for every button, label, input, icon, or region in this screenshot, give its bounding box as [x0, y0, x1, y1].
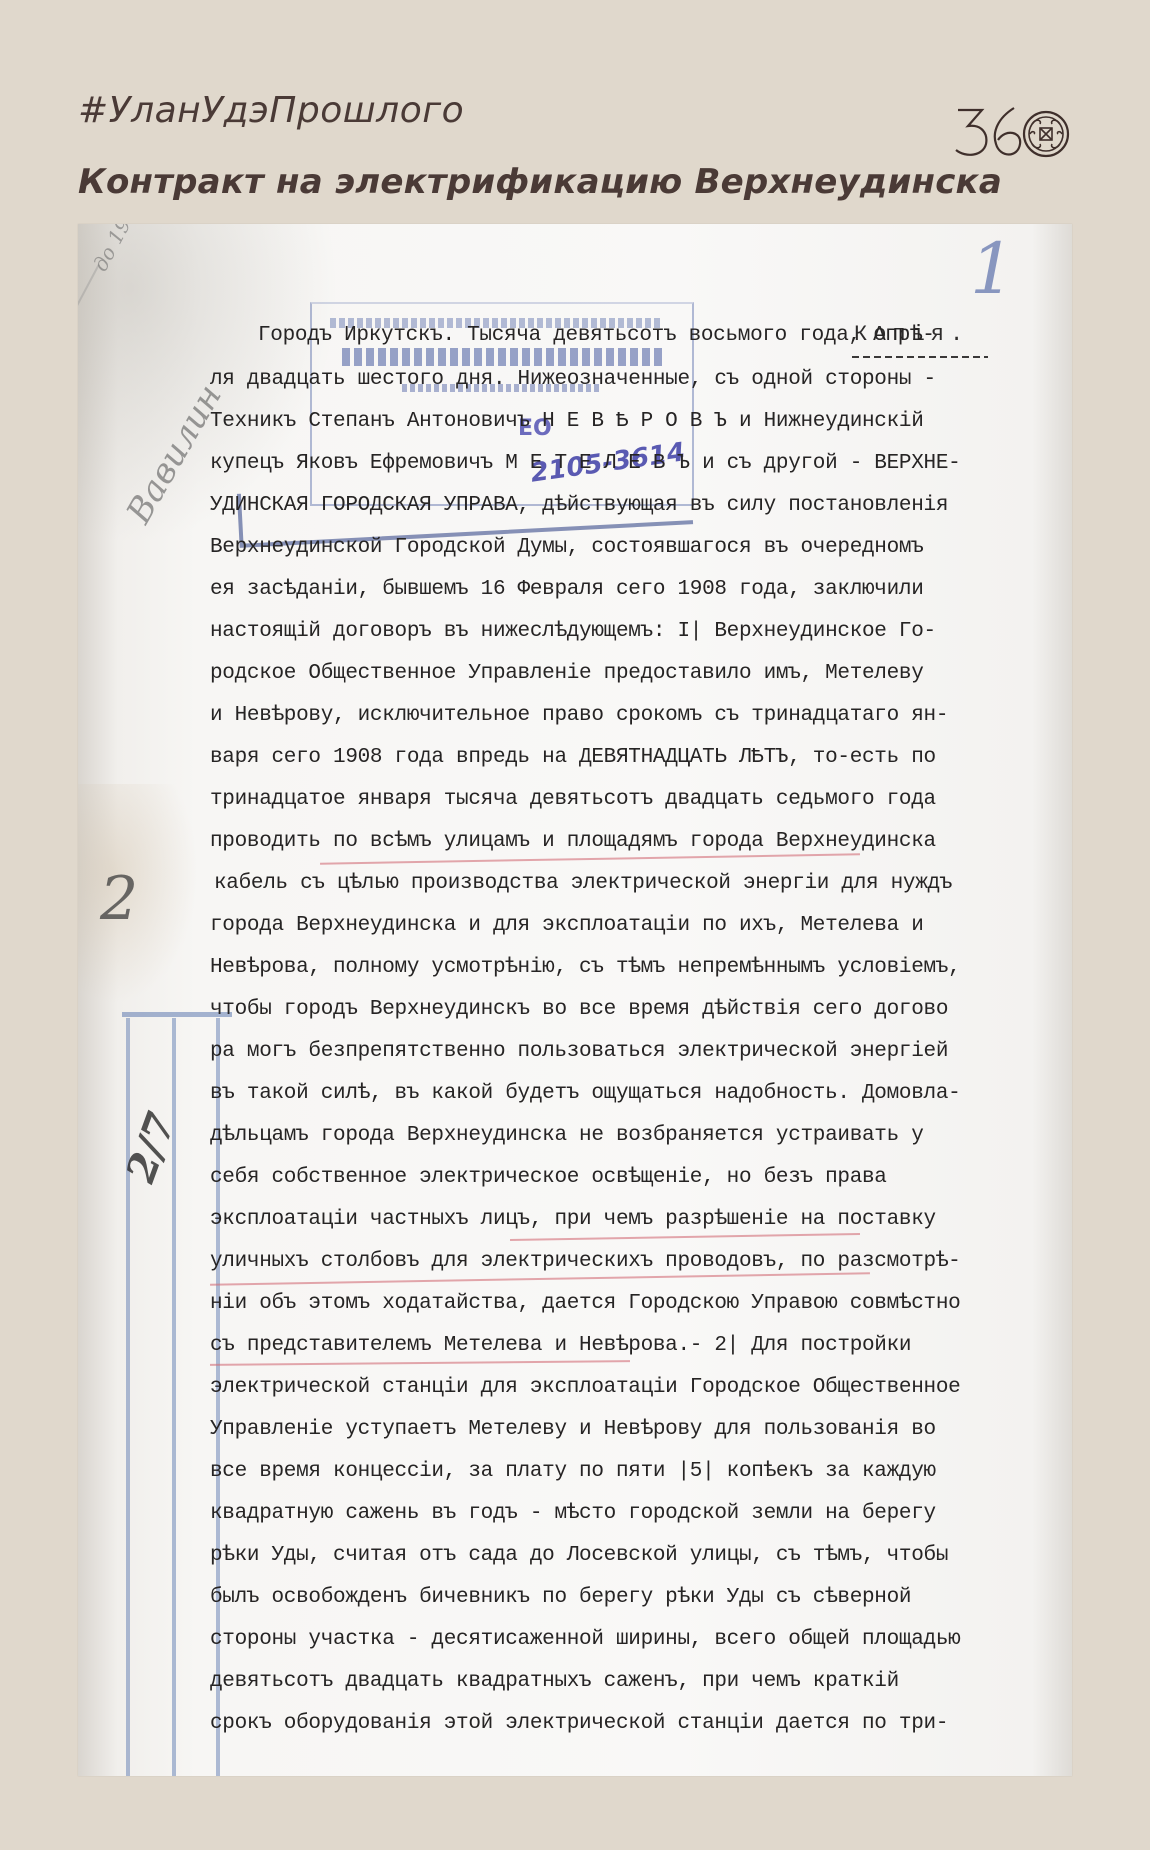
red-pencil-underline: [210, 1360, 630, 1366]
text-line: съ представителемъ Метелева и Невѣрова.-…: [210, 1334, 911, 1357]
text-line: Невѣрова, полному усмотрѣнiю, съ тѣмъ не…: [210, 956, 960, 979]
text-line: УДИНСКАЯ ГОРОДСКАЯ УПРАВА, дѣйствующая в…: [210, 494, 948, 517]
text-line: эксплоатацiи частныхъ лицъ, при чемъ раз…: [210, 1208, 936, 1231]
handwritten-page-number: 1: [970, 228, 1015, 310]
text-line: себя собственное электрическое освѣщенiе…: [210, 1166, 887, 1189]
text-line: девятьсотъ двадцать квадратныхъ саженъ, …: [210, 1670, 899, 1693]
archival-document-scan: до 1911г. Вавилин ЕО 2105-3614 1 Копiя. …: [78, 224, 1072, 1776]
logo-digit-6: [995, 108, 1020, 155]
page-title: Контракт на электрификацию Верхнеудинска: [78, 162, 1002, 202]
text-line: нiи объ этомъ ходатайства, дается Городс…: [210, 1292, 960, 1315]
logo-360: [952, 104, 1072, 160]
red-pencil-underline: [510, 1233, 860, 1241]
text-line: тринадцатое января тысяча девятьсотъ два…: [210, 788, 936, 811]
logo-digit-3: [956, 110, 986, 155]
text-line: города Верхнеудинска и для эксплоатацiи …: [210, 914, 924, 937]
text-line: дѣльцамъ города Верхнеудинска не возбран…: [210, 1124, 924, 1147]
text-line: ра могъ безпрепятственно пользоваться эл…: [210, 1040, 948, 1063]
text-line: варя сего 1908 года впредь на ДЕВЯТНАДЦА…: [210, 746, 936, 769]
copy-label-underline: [852, 356, 988, 358]
red-pencil-underline: [210, 1272, 870, 1286]
text-line: Верхнеудинской Городской Думы, состоявша…: [210, 536, 924, 559]
text-line: уличныхъ столбовъ для электрическихъ про…: [210, 1250, 960, 1273]
red-pencil-underline: [320, 853, 860, 864]
text-line: квадратную сажень въ годъ - мѣсто городс…: [210, 1502, 936, 1525]
margin-signature: 2: [100, 864, 138, 934]
text-line: Управленiе уступаетъ Метелеву и Невѣрову…: [210, 1418, 936, 1441]
text-line: кабель съ цѣлью производства электрическ…: [214, 872, 952, 895]
text-line: былъ освобожденъ бичевникъ по берегу рѣк…: [210, 1586, 911, 1609]
text-line: ля двадцать шестого дня. Нижеозначенные,…: [210, 368, 936, 391]
text-line: настоящiй договоръ въ нижеслѣдующемъ: I|…: [210, 620, 936, 643]
text-line: все время концессiи, за плату по пяти |5…: [210, 1460, 936, 1483]
text-line: срокъ оборудованiя этой электрической ст…: [210, 1712, 948, 1735]
text-line: электрической станцiи для эксплоатацiи Г…: [210, 1376, 960, 1399]
text-line: рѣки Уды, считая отъ сада до Лосевской у…: [210, 1544, 948, 1567]
text-line: чтобы городъ Верхнеудинскъ во все время …: [210, 998, 948, 1021]
text-line: родское Общественное Управленiе предоста…: [210, 662, 924, 685]
text-line: проводить по всѣмъ улицамъ и площадямъ г…: [210, 830, 936, 853]
text-line: купецъ Яковъ Ефремовичъ М Е Т Е Л Е В Ъ …: [210, 452, 960, 475]
ornamental-circle-icon: [1024, 112, 1068, 156]
text-line: въ такой силѣ, въ какой будетъ ощущаться…: [210, 1082, 960, 1105]
hashtag: #УланУдэПрошлого: [78, 90, 464, 131]
text-line: Техникъ Степанъ Антоновичъ Н Е В Ѣ Р О В…: [210, 410, 924, 433]
text-line: стороны участка - десятисаженной ширины,…: [210, 1628, 960, 1651]
text-line: Городъ Иркутскъ. Тысяча девятьсотъ восьм…: [258, 324, 935, 347]
text-line: ея засѣданiи, бывшемъ 16 Февраля сего 19…: [210, 578, 924, 601]
stamp-text-line: [342, 348, 662, 366]
text-line: и Невѣрову, исключительное право срокомъ…: [210, 704, 948, 727]
